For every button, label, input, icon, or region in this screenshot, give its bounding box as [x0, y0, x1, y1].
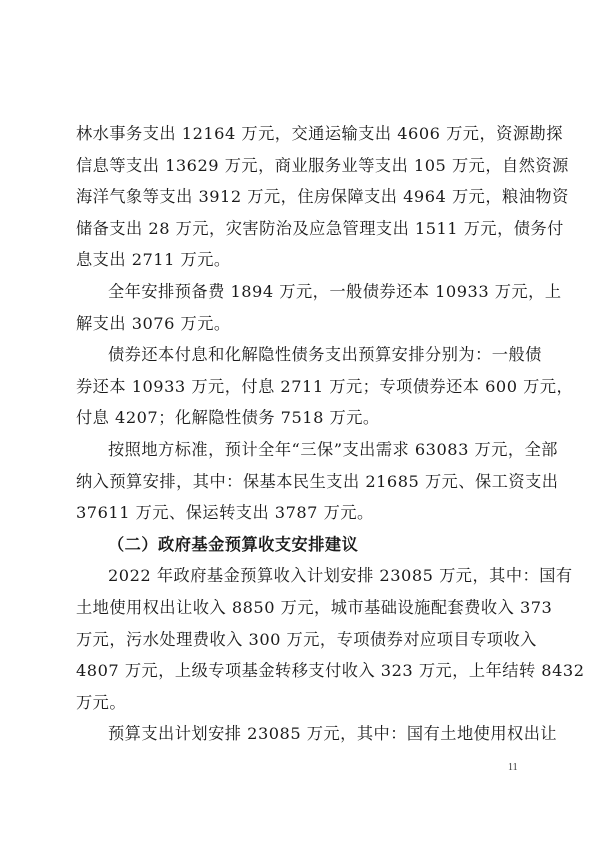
section-heading-government-fund: （二）政府基金预算收支安排建议	[76, 529, 522, 561]
text-line: 解支出 3076 万元。	[76, 308, 522, 340]
text-line: 息支出 2711 万元。	[76, 244, 522, 276]
page-number: 11	[508, 762, 518, 773]
paragraph-three-guarantees: 按照地方标准，预计全年“三保”支出需求 63083 万元，全部 纳入预算安排，其…	[76, 434, 522, 529]
paragraph-expenditure-continued: 林水事务支出 12164 万元，交通运输支出 4606 万元，资源勘探 信息等支…	[76, 118, 522, 276]
section-heading: （二）政府基金预算收支安排建议	[76, 529, 522, 561]
text-line: 林水事务支出 12164 万元，交通运输支出 4606 万元，资源勘探	[76, 118, 522, 150]
text-line: 券还本 10933 万元，付息 2711 万元；专项债券还本 600 万元，	[76, 371, 522, 403]
text-line: 万元，污水处理费收入 300 万元，专项债券对应项目专项收入	[76, 624, 522, 656]
text-line: 预算支出计划安排 23085 万元，其中：国有土地使用权出让	[76, 718, 522, 750]
paragraph-fund-expenditure: 预算支出计划安排 23085 万元，其中：国有土地使用权出让	[76, 718, 522, 750]
text-line: 纳入预算安排，其中：保基本民生支出 21685 万元、保工资支出	[76, 466, 522, 498]
text-line: 37611 万元、保运转支出 3787 万元。	[76, 497, 522, 529]
text-line: 债券还本付息和化解隐性债务支出预算安排分别为：一般债	[76, 339, 522, 371]
text-line: 海洋气象等支出 3912 万元，住房保障支出 4964 万元，粮油物资	[76, 181, 522, 213]
text-line: 按照地方标准，预计全年“三保”支出需求 63083 万元，全部	[76, 434, 522, 466]
text-line: 储备支出 28 万元，灾害防治及应急管理支出 1511 万元，债务付	[76, 213, 522, 245]
document-body: 林水事务支出 12164 万元，交通运输支出 4606 万元，资源勘探 信息等支…	[76, 118, 522, 750]
document-page: 林水事务支出 12164 万元，交通运输支出 4606 万元，资源勘探 信息等支…	[0, 0, 596, 842]
paragraph-reserve-fund: 全年安排预备费 1894 万元，一般债券还本 10933 万元，上 解支出 30…	[76, 276, 522, 339]
paragraph-debt-repayment: 债券还本付息和化解隐性债务支出预算安排分别为：一般债 券还本 10933 万元，…	[76, 339, 522, 434]
text-line: 2022 年政府基金预算收入计划安排 23085 万元，其中：国有	[76, 560, 522, 592]
paragraph-fund-revenue: 2022 年政府基金预算收入计划安排 23085 万元，其中：国有 土地使用权出…	[76, 560, 522, 718]
text-line: 付息 4207；化解隐性债务 7518 万元。	[76, 402, 522, 434]
text-line: 信息等支出 13629 万元，商业服务业等支出 105 万元，自然资源	[76, 150, 522, 182]
text-line: 土地使用权出让收入 8850 万元，城市基础设施配套费收入 373	[76, 592, 522, 624]
text-line: 4807 万元，上级专项基金转移支付收入 323 万元，上年结转 8432	[76, 655, 522, 687]
text-line: 万元。	[76, 687, 522, 719]
text-line: 全年安排预备费 1894 万元，一般债券还本 10933 万元，上	[76, 276, 522, 308]
